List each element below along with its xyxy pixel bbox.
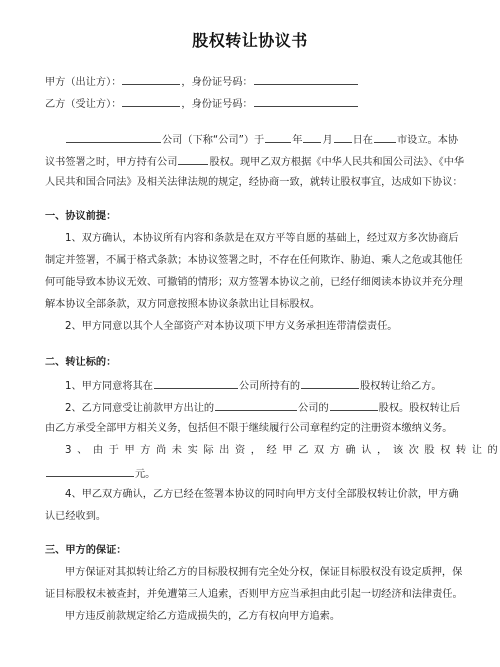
item-text: 股权转让给乙方。	[360, 381, 442, 392]
city-blank[interactable]	[374, 132, 396, 143]
section-2-item-3-line-2: 元。	[45, 466, 457, 482]
day-blank[interactable]	[334, 132, 352, 143]
year-label: 年	[292, 135, 302, 146]
section-1-line: 1、双方确认，本协议所有内容和条款是在双方平等自愿的基础上，经过双方多次协商后	[45, 232, 477, 246]
section-2-item-1: 1、甲方同意将其在公司所持有的股权转让给乙方。	[45, 378, 477, 394]
preamble-text: 议书签署之时，甲方持有公司	[45, 157, 177, 168]
party-b-line: 乙方（受让方）：，身份证号码：	[45, 96, 457, 112]
item-text: 2、乙方同意受让前款甲方出让的	[65, 403, 214, 414]
preamble-line-1: 公司（下称“公司”）于年月日在市设立。本协	[45, 132, 477, 148]
share-blank[interactable]	[330, 400, 378, 411]
party-a-label: 甲方（出让方）：	[45, 77, 121, 88]
day-label: 日在	[353, 135, 373, 146]
section-3-heading: 三、甲方的保证：	[45, 544, 457, 558]
section-1-line: 制定并签署，不属于格式条款；本协议签署之时，不存在任何欺诈、胁迫、乘人之危或其他…	[45, 254, 457, 268]
party-b-id-label: ，身份证号码：	[181, 99, 252, 110]
share-percent-blank[interactable]	[178, 154, 208, 165]
item-text: 元。	[135, 469, 155, 480]
section-3-line: 甲方保证对其拟转让给乙方的目标股权拥有完全处分权，保证目标股权没有设定质押，保	[45, 566, 477, 580]
section-1-line: 解本协议全部条款，双方同意按照本协议条款出让目标股权。	[45, 298, 457, 312]
price-blank[interactable]	[46, 466, 134, 477]
party-a-line: 甲方（出让方）：，身份证号码：	[45, 74, 457, 90]
preamble-line-2: 议书签署之时，甲方持有公司股权。现甲乙双方根据《中华人民共和国公司法》、《中华	[45, 154, 457, 170]
item-text: 1、甲方同意将其在	[65, 381, 153, 392]
party-b-label: 乙方（受让方）：	[45, 99, 121, 110]
section-2-item-2: 2、乙方同意受让前款甲方出让的公司的股权。股权转让后	[45, 400, 477, 416]
item-text: 股权。股权转让后	[379, 403, 461, 414]
item-text: 公司所持有的	[239, 381, 300, 392]
section-1-line: 何可能导致本协议无效、可撤销的情形；双方签署本协议之前，已经仔细阅读本协议并充分…	[45, 276, 457, 290]
preamble-text: 股权。现甲乙双方根据《中华人民共和国公司法》、《中华	[209, 157, 464, 168]
section-1-line: 2、甲方同意以其个人全部资产对本协议项下甲方义务承担连带清偿责任。	[45, 320, 477, 334]
section-3-line: 甲方违反前款规定给乙方造成损失的，乙方有权向甲方追索。	[45, 610, 477, 624]
party-b-name-blank[interactable]	[122, 96, 180, 107]
preamble-line-3: 人民共和国合同法》及相关法律法规的规定，经协商一致，就转让股权事宜，达成如下协议…	[45, 176, 457, 190]
section-2-item-4: 4、甲乙双方确认，乙方已经在签署本协议的同时向甲方支付全部股权转让价款，甲方确	[45, 488, 477, 502]
month-label: 月	[322, 135, 332, 146]
month-blank[interactable]	[303, 132, 321, 143]
preamble-text: 公司（下称“公司”）于	[162, 135, 264, 146]
section-2-item-4-line-2: 认已经收到。	[45, 510, 457, 524]
preamble-text: 市设立。本协	[397, 135, 458, 146]
share-blank[interactable]	[301, 378, 359, 389]
document-title: 股权转让协议书	[0, 28, 500, 51]
party-b-id-blank[interactable]	[254, 96, 358, 107]
section-2-heading: 二、转让标的：	[45, 356, 457, 370]
section-2-item-3: 3、由于甲方尚未实际出资，经甲乙双方确认，该次股权转让的价格为	[45, 444, 477, 458]
company-blank[interactable]	[215, 400, 297, 411]
party-a-name-blank[interactable]	[122, 74, 180, 85]
year-blank[interactable]	[265, 132, 291, 143]
section-1-heading: 一、协议前提：	[45, 210, 457, 224]
document-page: 股权转让协议书 甲方（出让方）：，身份证号码： 乙方（受让方）：，身份证号码： …	[0, 0, 500, 667]
company-name-blank[interactable]	[66, 132, 161, 143]
section-3-line: 证目标股权未被查封，并免遭第三人追索，否则甲方应当承担由此引起一切经济和法律责任…	[45, 588, 457, 602]
item-text: 公司的	[298, 403, 329, 414]
party-a-id-label: ，身份证号码：	[181, 77, 252, 88]
party-a-id-blank[interactable]	[254, 74, 358, 85]
company-blank[interactable]	[154, 378, 238, 389]
section-2-item-2-line-2: 由乙方承受全部甲方相关义务，包括但不限于继续履行公司章程约定的注册资本缴纳义务。	[45, 422, 457, 436]
